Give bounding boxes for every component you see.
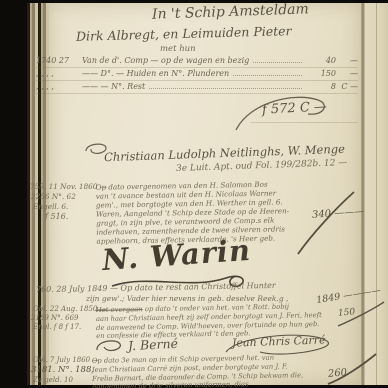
dotted-leader <box>149 88 302 89</box>
signature-swash-icon <box>94 336 126 356</box>
ledger-desc: Van de d'. Comp — op de wagen en bezig <box>82 56 249 65</box>
pen-slash-icon <box>290 188 360 258</box>
ledger-amount: 40 <box>306 56 336 65</box>
struck-text: Het overgaan <box>96 305 143 314</box>
signature-berne: J. Berné <box>128 336 179 354</box>
dotted-leader <box>253 62 302 63</box>
ruled-line <box>36 67 358 68</box>
entry-paragraph: Op dato overgenomen van den H. Salomon B… <box>95 179 289 245</box>
manuscript-scan: In 't Schip Amsteldam Dirk Albregt, en L… <box>0 0 388 388</box>
entry-amount: 150 <box>338 307 356 318</box>
page-subnote: met hun <box>160 44 196 54</box>
ledger-date: , , , , <box>36 82 82 91</box>
ledger-date: , , , , <box>36 69 82 78</box>
entry-margin-note: Obl. 7 July 1860 — <box>33 356 99 364</box>
entry-margin-note: 2189 N°. 669 <box>31 314 78 322</box>
entry-amount: 260 <box>328 367 348 380</box>
ledger-row: , , , , —— — N°. Rest 8 C — <box>36 82 358 92</box>
entry-margin-note: 3181. N°. 188. <box>31 365 94 375</box>
ledger-row: 1740 27 Van de d'. Comp — op de wagen en… <box>36 56 358 66</box>
ledger-cents: — <box>336 56 358 65</box>
ledger-desc: —— D°. — Huiden en N°. Plunderen <box>82 69 229 78</box>
ruled-line <box>36 80 358 81</box>
ledger-row: , , , , —— D°. — Huiden en N°. Plunderen… <box>36 69 358 79</box>
book-binding-shadow <box>0 0 27 388</box>
ledger-amount: 150 <box>306 69 336 78</box>
entry-paragraph: Op dato 3e man op in dit Schip overgevoe… <box>92 353 304 388</box>
ledger-amount: 8 <box>306 82 336 91</box>
entry-margin-note: Engell. 6. <box>33 202 68 211</box>
ledger-date: 1740 27 <box>36 56 82 65</box>
ledger-cents: C — <box>336 82 358 91</box>
entry-margin-note: Engl. f 8 f 17. <box>33 323 81 331</box>
entry-line: zijn gew'.; Vader hier nevens in geb. de… <box>86 294 288 303</box>
dotted-leader <box>233 75 302 76</box>
ledger-desc: —— — N°. Rest <box>82 82 145 91</box>
entry-margin-note: Za geld. 10 <box>33 376 73 384</box>
entry-margin-note: 2256 N°. 62 <box>31 192 76 201</box>
top-border <box>27 0 388 3</box>
entry-margin-note: f 516. <box>45 212 68 221</box>
ledger-cents: — <box>336 69 358 78</box>
